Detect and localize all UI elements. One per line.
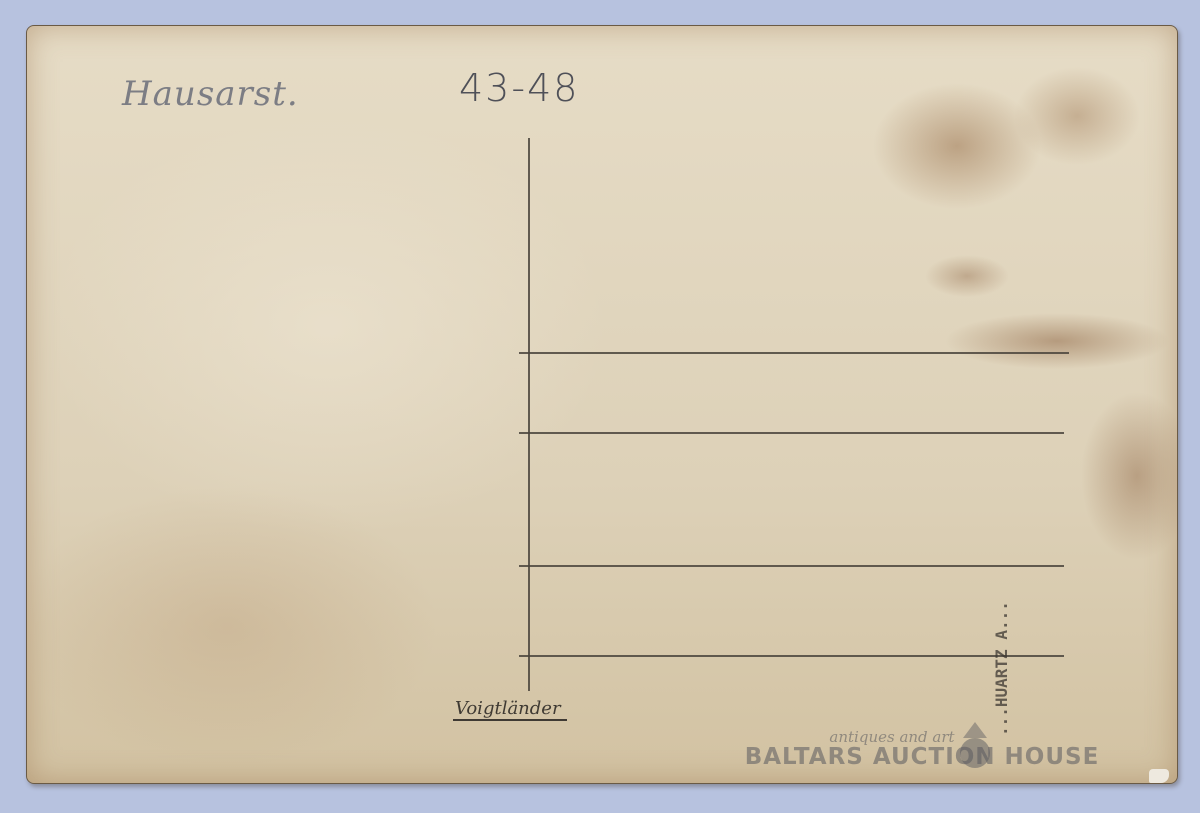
handwritten-number: 43-48 (459, 66, 579, 110)
address-line-3 (519, 565, 1064, 567)
crown-logo-icon (958, 720, 992, 772)
torn-corner (1149, 769, 1169, 783)
address-line-4 (519, 655, 1064, 657)
voigtlander-imprint: Voigtländer (453, 698, 567, 721)
address-line-1 (519, 352, 1069, 354)
auction-house-watermark: antiques and art BALTARS AUCTION HOUSE (722, 728, 1122, 770)
handwritten-name: Hausarst. (122, 74, 299, 114)
address-line-2 (519, 432, 1064, 434)
vertical-publisher-stamp: ...HUARTZ A... (991, 566, 1051, 736)
stamp-line-1: ...HUARTZ A... (992, 601, 1011, 736)
postcard-back: Hausarst. 43-48 Voigtländer ...HUARTZ A.… (26, 25, 1178, 784)
watermark-title: BALTARS AUCTION HOUSE (722, 744, 1122, 770)
center-divider-line (528, 138, 530, 691)
